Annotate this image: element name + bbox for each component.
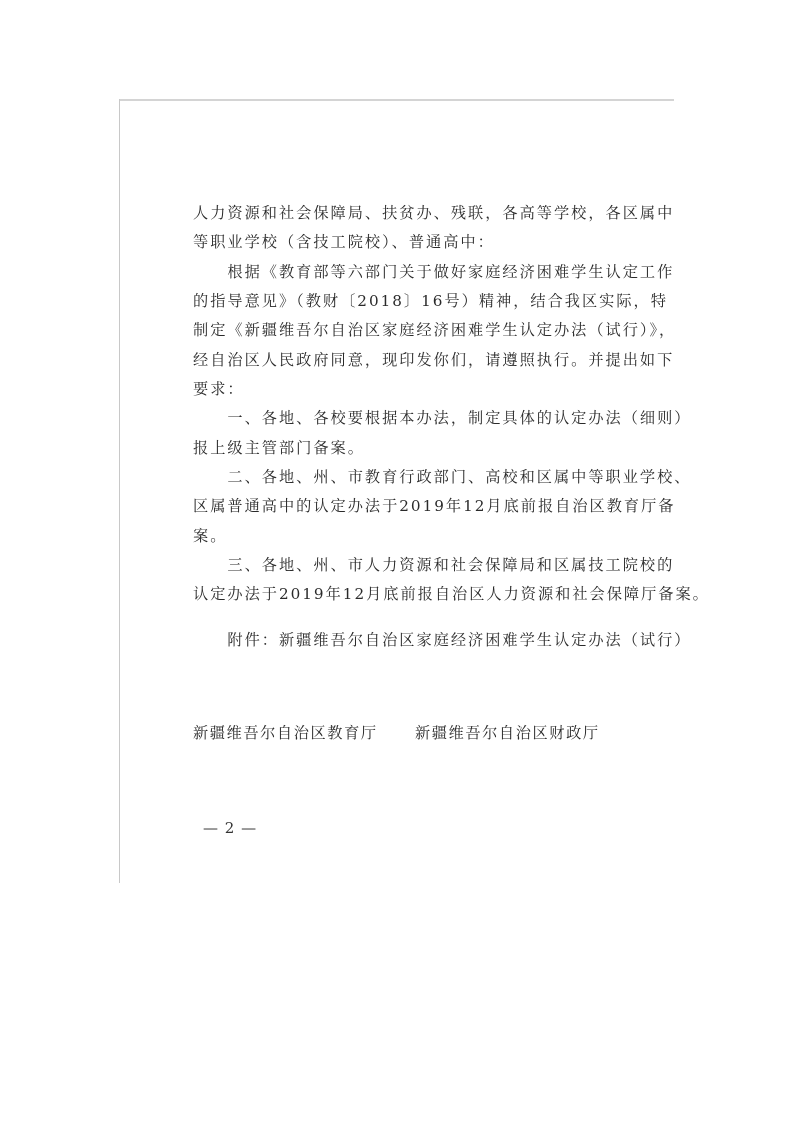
- body-line: 要求：: [193, 379, 245, 399]
- body-line: 的指导意见》（教财〔2018〕16号）精神，结合我区实际，特: [193, 291, 668, 311]
- page-border-left: [119, 99, 120, 883]
- signature-finance-dept: 新疆维吾尔自治区财政厅: [415, 723, 600, 743]
- body-line: 三、各地、州、市人力资源和社会保障局和区属技工院校的: [193, 555, 674, 575]
- page-border-top: [119, 99, 674, 101]
- body-line: 经自治区人民政府同意，现印发你们，请遵照执行。并提出如下: [193, 350, 674, 370]
- attachment-line: 附件：新疆维吾尔自治区家庭经济困难学生认定办法（试行）: [193, 630, 691, 650]
- body-line: 等职业学校（含技工院校）、普通高中：: [193, 232, 495, 252]
- body-line: 根据《教育部等六部门关于做好家庭经济困难学生认定工作: [193, 262, 674, 282]
- body-line: 二、各地、州、市教育行政部门、高校和区属中等职业学校、: [193, 467, 691, 487]
- signature-education-dept: 新疆维吾尔自治区教育厅: [193, 723, 378, 743]
- body-line: 报上级主管部门备案。: [193, 438, 365, 458]
- body-line: 人力资源和社会保障局、扶贫办、残联，各高等学校，各区属中: [193, 203, 674, 223]
- page-number: — 2 —: [203, 818, 257, 838]
- body-line: 一、各地、各校要根据本办法，制定具体的认定办法（细则）: [193, 408, 691, 428]
- body-line: 区属普通高中的认定办法于2019年12月底前报自治区教育厅备: [193, 496, 675, 516]
- body-line: 制定《新疆维吾尔自治区家庭经济困难学生认定办法（试行）》，: [193, 320, 676, 340]
- body-line: 案。: [193, 526, 227, 546]
- body-line: 认定办法于2019年12月底前报自治区人力资源和社会保障厅备案。: [193, 584, 710, 604]
